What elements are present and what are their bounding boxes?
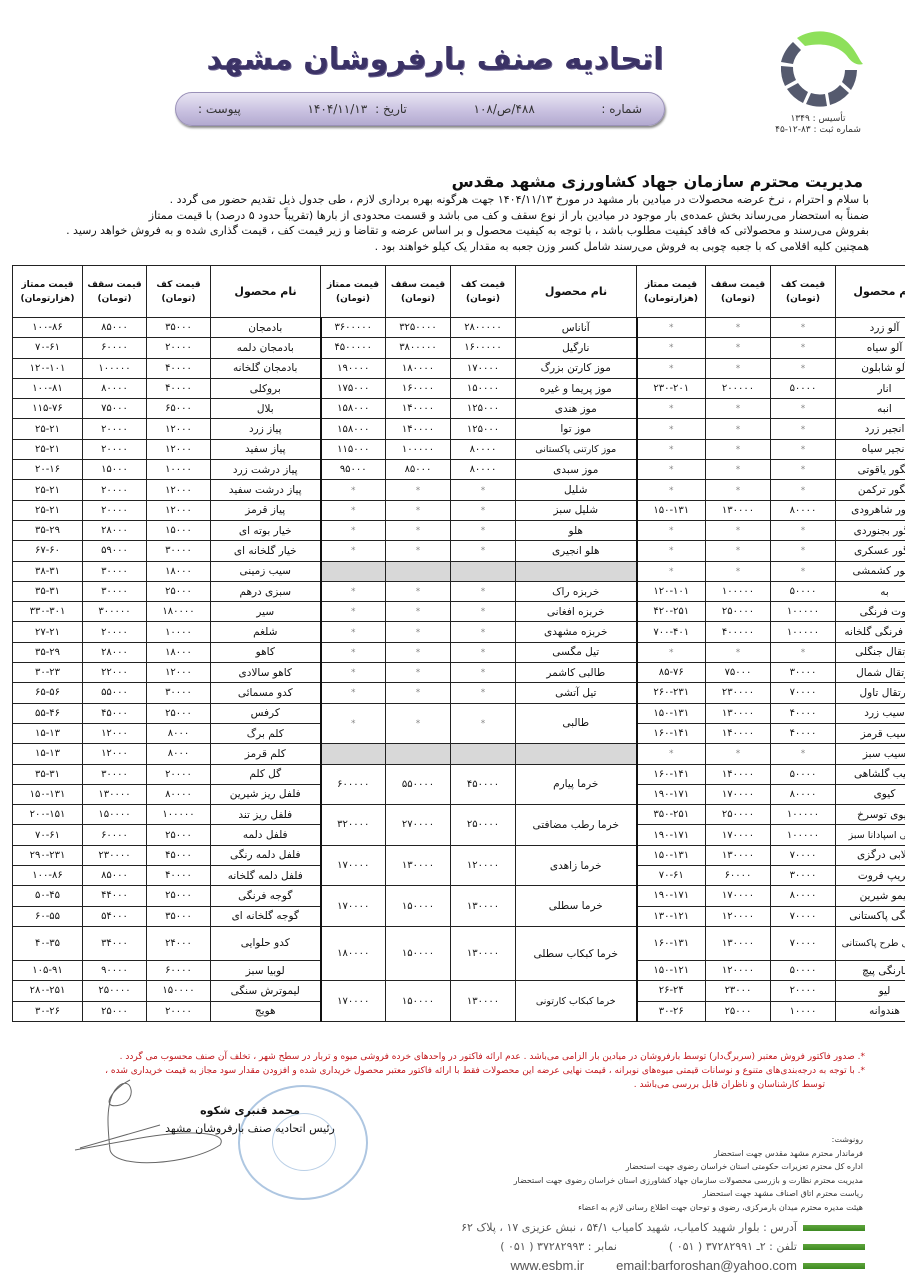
ceiling-price-cell: ۱۲۰۰۰۰ xyxy=(706,960,771,980)
product-name: انگور ترکمن xyxy=(858,484,905,496)
ceiling-price-cell: ۱۰۰۰۰۰ xyxy=(83,358,147,378)
ceiling-price-cell xyxy=(386,561,451,581)
price-value: ۱۵۰۰۰ xyxy=(165,525,192,536)
floor-price-cell: ۲۸۰۰۰۰۰ xyxy=(451,318,516,338)
price-value: ۶۵-۵۶ xyxy=(35,687,60,698)
ceiling-price-cell: ۳۰۰۰۰۰ xyxy=(83,602,147,622)
price-value: ۱۰۰-۸۱ xyxy=(32,383,62,394)
price-value: ۱۰۰۰۰۰ xyxy=(98,363,130,374)
price-value: ۳۵۰-۲۵۱ xyxy=(653,809,689,820)
product-name: خرما کبکاب سطلی xyxy=(534,948,618,960)
floor-price-cell: ۷۰۰۰۰ xyxy=(771,926,836,960)
ceiling-price-cell: ۳۴۰۰۰ xyxy=(83,926,147,960)
product-name-cell: پرتقال جنگلی xyxy=(836,642,905,662)
website-link[interactable]: www.esbm.ir xyxy=(510,1256,584,1275)
price-value: ۸۵-۷۶ xyxy=(659,667,684,678)
price-value: ۱۳۰۰۰۰ xyxy=(402,860,434,871)
price-value: ۴۵۰۰۰ xyxy=(101,708,128,719)
premium-price-cell: * xyxy=(637,399,706,419)
ceiling-price-cell: ۲۷۰۰۰۰ xyxy=(386,805,451,846)
floor-price-cell: ۸۰۰۰ xyxy=(147,744,211,764)
price-value: * xyxy=(481,628,486,638)
product-name-cell: انار xyxy=(836,378,905,398)
price-value: ۱۸۰۰۰۰ xyxy=(162,606,194,617)
product-name: خربزه راک xyxy=(552,586,599,598)
floor-price-cell: ۳۰۰۰۰ xyxy=(147,541,211,561)
price-value: ۹۰۰۰۰ xyxy=(101,965,128,976)
product-name: انگور یاقوتی xyxy=(858,464,905,476)
premium-price-cell: ۲۶-۲۴ xyxy=(637,981,706,1001)
cc-item: ریاست محترم اتاق اصناف مشهد جهت استحضار xyxy=(443,1187,863,1201)
price-value: ۶۷-۶۰ xyxy=(35,545,60,556)
col-header-name: نام محصول xyxy=(516,266,637,318)
product-name: لوبیا سبز xyxy=(246,965,285,977)
floor-price-cell: ۱۰۰۰۰ xyxy=(147,460,211,480)
price-value: ۲۰۰۰۰۰ xyxy=(722,383,754,394)
floor-price-cell: ۸۰۰۰۰ xyxy=(771,886,836,906)
price-value: ۱۵۰-۱۲۱ xyxy=(653,965,689,976)
reference-bar: شماره : ۴۸۸/ص/۱۰۸ تاریخ : ۱۴۰۴/۱۱/۱۳ پیو… xyxy=(175,92,665,126)
product-name-cell: خربزه مشهدی xyxy=(516,622,637,642)
product-name-cell: گوجه گلخانه ای xyxy=(211,906,321,926)
premium-price-cell: * xyxy=(321,581,386,601)
floor-price-cell: ۲۵۰۰۰ xyxy=(147,886,211,906)
price-value: ۳۵-۳۱ xyxy=(35,586,60,597)
ceiling-price-cell: * xyxy=(386,520,451,540)
price-value: ۶۰-۵۵ xyxy=(35,911,60,922)
ceiling-price-cell: ۱۳۰۰۰۰ xyxy=(386,845,451,886)
premium-price-cell: ۶۵-۵۶ xyxy=(13,683,83,703)
floor-price-cell: ۲۰۰۰۰ xyxy=(147,1001,211,1021)
product-name: بادمجان دلمه xyxy=(237,342,294,354)
price-value: ۱۲۰۰۰ xyxy=(165,444,192,455)
price-value: * xyxy=(351,486,356,496)
product-name-cell: هویج xyxy=(211,1001,321,1021)
col-header-ceiling: قیمت سقف (تومان) xyxy=(706,266,771,318)
product-name-cell: طالبی کاشمر xyxy=(516,663,637,683)
price-value: ۲۵۰۰۰۰ xyxy=(467,819,499,830)
price-value: ۴۰۰۰۰ xyxy=(165,363,192,374)
premium-price-cell: * xyxy=(321,703,386,744)
product-name: موز کارتنی پاکستانی xyxy=(535,444,616,455)
product-name: انگور عسکری xyxy=(854,545,905,557)
price-value: ۷۰۰۰۰ xyxy=(790,938,817,949)
price-value: * xyxy=(669,364,674,374)
price-value: * xyxy=(481,688,486,698)
ceiling-price-cell: ۱۳۰۰۰۰ xyxy=(706,500,771,520)
product-name: سیب سبز xyxy=(863,748,905,760)
price-value: ۷۰۰-۴۰۱ xyxy=(653,627,689,638)
floor-price-cell: ۷۰۰۰۰ xyxy=(771,906,836,926)
ceiling-price-cell: ۲۵۰۰۰۰ xyxy=(706,805,771,825)
premium-price-cell: ۱۰۰-۸۱ xyxy=(13,378,83,398)
product-name-cell: سیب سبز xyxy=(836,744,905,764)
product-name: نارگیل xyxy=(562,342,589,354)
price-value: ۱۲۰۰۰ xyxy=(165,485,192,496)
product-name-cell: بروکلی xyxy=(211,378,321,398)
product-name: نارنگی طرح پاکستانی xyxy=(842,938,905,949)
price-value: ۸۰۰۰ xyxy=(168,748,189,759)
ceiling-price-cell: ۱۵۰۰۰۰ xyxy=(83,805,147,825)
price-value: ۱۴۰۰۰۰ xyxy=(722,728,754,739)
ceiling-price-cell: ۲۲۰۰۰ xyxy=(83,663,147,683)
price-value: * xyxy=(481,486,486,496)
premium-price-cell: ۶۰۰۰۰۰ xyxy=(321,764,386,805)
floor-price-cell: * xyxy=(771,439,836,459)
price-value: * xyxy=(416,628,421,638)
ceiling-price-cell: ۲۰۰۰۰۰ xyxy=(706,378,771,398)
premium-price-cell: ۱۶۰-۱۴۱ xyxy=(637,723,706,743)
col-header-ceiling: قیمت سقف (تومان) xyxy=(83,266,147,318)
product-name-cell: لوبیا سبز xyxy=(211,960,321,980)
product-name-cell: پیاز سفید xyxy=(211,439,321,459)
premium-price-cell: ۴۵۰۰۰۰۰ xyxy=(321,338,386,358)
price-value: * xyxy=(736,445,741,455)
product-name: پیاز سفید xyxy=(245,443,286,455)
price-value: ۸۵۰۰۰ xyxy=(101,322,128,333)
ceiling-price-cell: ۱۳۰۰۰۰ xyxy=(706,703,771,723)
price-value: ۵۰۰۰۰ xyxy=(790,586,817,597)
price-value: ۱۰۰۰۰۰ xyxy=(787,627,819,638)
floor-price-cell: * xyxy=(771,358,836,378)
floor-price-cell: * xyxy=(451,581,516,601)
product-name: گل کلم xyxy=(249,768,281,780)
price-value: ۲۸۰۰۰۰۰ xyxy=(464,322,502,333)
premium-price-cell: ۳۵-۲۹ xyxy=(13,520,83,540)
price-value: * xyxy=(351,648,356,658)
floor-price-cell: ۴۰۰۰۰ xyxy=(147,378,211,398)
cc-item: هیئت مدیره محترم میدان بارمرکزی، رضوی و … xyxy=(443,1201,863,1215)
premium-price-cell: * xyxy=(637,520,706,540)
product-name-cell: طالبی xyxy=(516,703,637,744)
ceiling-price-cell: ۱۴۰۰۰۰ xyxy=(386,399,451,419)
price-value: ۱۹۰-۱۷۱ xyxy=(653,830,689,841)
ceiling-price-cell: ۱۵۰۰۰۰ xyxy=(386,926,451,980)
premium-price-cell: ۷۰-۶۱ xyxy=(13,825,83,845)
price-value: ۵۵-۴۶ xyxy=(35,708,60,719)
price-value: * xyxy=(416,688,421,698)
price-value: ۲۵۰۰۰ xyxy=(725,1006,752,1017)
price-value: ۱۵۰-۱۳۱ xyxy=(653,505,689,516)
price-value: ۲۷۰۰۰۰ xyxy=(402,819,434,830)
ceiling-price-cell: ۱۰۰۰۰۰ xyxy=(386,439,451,459)
table-row: لیمو شیرین۸۰۰۰۰۱۷۰۰۰۰۱۹۰-۱۷۱خرما سطلی۱۳۰… xyxy=(13,886,905,906)
premium-price-cell: ۷۰۰-۴۰۱ xyxy=(637,622,706,642)
ceiling-price-cell: * xyxy=(706,460,771,480)
premium-price-cell: ۳۶۰۰۰۰۰ xyxy=(321,318,386,338)
product-name: کلم برگ xyxy=(247,728,284,740)
product-name-cell: موز سبدی xyxy=(516,460,637,480)
price-value: * xyxy=(351,506,356,516)
product-name-cell: توت فرنگی xyxy=(836,602,905,622)
price-value: ۲۵۰۰۰۰ xyxy=(722,606,754,617)
price-value: ۲۵۰۰۰ xyxy=(165,830,192,841)
email-link[interactable]: email:barforoshan@yahoo.com xyxy=(616,1256,797,1275)
ceiling-price-cell: ۱۴۰۰۰۰ xyxy=(386,419,451,439)
price-value: * xyxy=(801,749,806,759)
product-name: بادمجان xyxy=(248,322,282,334)
product-name-cell: خربزه راک xyxy=(516,581,637,601)
product-name: بادمجان گلخانه xyxy=(233,362,297,374)
ceiling-price-cell: ۱۶۰۰۰۰ xyxy=(386,378,451,398)
product-name-cell: گلابی اسپادانا سبز xyxy=(836,825,905,845)
price-value: ۳۰۰۰۰ xyxy=(165,545,192,556)
price-value: ۱۰۰۰۰ xyxy=(790,1006,817,1017)
product-name: آلو شابلون xyxy=(861,362,905,374)
price-value: ۱۸۰۰۰ xyxy=(165,566,192,577)
product-name: لیمو شیرین xyxy=(860,890,905,902)
product-name-cell: انجیر زرد xyxy=(836,419,905,439)
product-name: توت فرنگی xyxy=(860,606,905,618)
premium-price-cell: ۱۸۰۰۰۰ xyxy=(321,926,386,980)
ceiling-price-cell: ۱۵۰۰۰ xyxy=(83,460,147,480)
col-header-premium: قیمت ممتاز (هزارتومان) xyxy=(13,266,83,318)
premium-price-cell: * xyxy=(637,439,706,459)
product-name: گلابی درگزی xyxy=(857,849,905,861)
price-value: ۱۲۰۰۰ xyxy=(101,748,128,759)
price-value: ۱۷۰۰۰۰ xyxy=(722,890,754,901)
founded-label: تأسیس : ۱۳۴۹ xyxy=(753,114,883,125)
price-value: ۱۳۰۰۰۰ xyxy=(722,505,754,516)
signer-role: رئیس اتحادیه صنف بارفروشان مشهد xyxy=(150,1120,350,1138)
floor-price-cell: ۴۵۰۰۰۰ xyxy=(451,764,516,805)
premium-price-cell: ۱۵-۱۳ xyxy=(13,723,83,743)
price-value: ۱۲۰-۱۰۱ xyxy=(653,586,689,597)
price-value: ۴۵۰۰۰۰۰ xyxy=(334,342,372,353)
product-name: فلفل ریز تند xyxy=(238,809,292,821)
premium-price-cell: ۵۵-۴۶ xyxy=(13,703,83,723)
ceiling-price-cell: ۲۳۰۰۰۰ xyxy=(706,683,771,703)
product-name-cell: شلیل xyxy=(516,480,637,500)
price-value: ۲۳۰۰۰ xyxy=(725,985,752,996)
premium-price-cell: ۱۰۰-۸۶ xyxy=(13,318,83,338)
product-name-cell: گلابی درگزی xyxy=(836,845,905,865)
price-value: ۲۹۰-۲۳۱ xyxy=(30,850,66,861)
price-value: ۴۰۰۰۰۰ xyxy=(722,627,754,638)
price-value: ۱۴۰۰۰۰ xyxy=(402,424,434,435)
product-name-cell: کلم قرمز xyxy=(211,744,321,764)
floor-price-cell: ۱۸۰۰۰ xyxy=(147,642,211,662)
table-row: آلو سیاه***نارگیل۱۶۰۰۰۰۰۳۸۰۰۰۰۰۴۵۰۰۰۰۰با… xyxy=(13,338,905,358)
product-name: آناناس xyxy=(562,322,590,334)
price-value: ۳۰۰۰۰ xyxy=(790,870,817,881)
premium-price-cell: ۱۵-۱۳ xyxy=(13,744,83,764)
price-value: ۳۲۵۰۰۰۰ xyxy=(399,322,437,333)
price-value: ۷۰۰۰۰ xyxy=(790,850,817,861)
premium-price-cell: ۷۰-۶۱ xyxy=(637,866,706,886)
premium-price-cell: ۷۰-۶۱ xyxy=(13,338,83,358)
price-value: ۱۰۰۰۰۰ xyxy=(787,606,819,617)
price-value: ۱۰۰۰۰۰ xyxy=(722,586,754,597)
product-name: انگور شاهرودی xyxy=(851,504,905,516)
price-value: ۱۹۰-۱۷۱ xyxy=(653,890,689,901)
price-value: * xyxy=(481,587,486,597)
price-value: ۲۳۰-۲۰۱ xyxy=(653,383,689,394)
price-value: * xyxy=(351,546,356,556)
product-name: موز سبدی xyxy=(553,464,598,476)
product-name: هندوانه xyxy=(869,1005,900,1017)
attachment-label: پیوست : xyxy=(198,102,241,116)
ceiling-price-cell: * xyxy=(386,581,451,601)
product-name: پرتقال جنگلی xyxy=(855,646,905,658)
product-name-cell: فلفل ریز شیرین xyxy=(211,784,321,804)
fax-text: نمابر : ۳۷۲۸۲۹۹۳ ( ۰۵۱ ) xyxy=(500,1237,617,1256)
premium-price-cell: ۹۵۰۰۰ xyxy=(321,460,386,480)
product-name: سیر xyxy=(256,606,274,618)
product-name-cell: گریپ فروت xyxy=(836,866,905,886)
price-value: ۸۰۰۰۰ xyxy=(790,789,817,800)
price-value: ۲۰۰۰۰ xyxy=(101,485,128,496)
product-name-cell: کدو حلوایی xyxy=(211,926,321,960)
price-value: ۴۵۰۰۰۰ xyxy=(467,779,499,790)
floor-price-cell: ۵۰۰۰۰ xyxy=(771,581,836,601)
price-value: * xyxy=(801,404,806,414)
price-value: ۱۶۰۰۰۰ xyxy=(402,383,434,394)
premium-price-cell: ۲۵-۲۱ xyxy=(13,500,83,520)
price-value: ۱۵۰۰۰۰ xyxy=(467,383,499,394)
price-value: * xyxy=(801,465,806,475)
price-value: * xyxy=(736,364,741,374)
premium-price-cell: ۳۸-۳۱ xyxy=(13,561,83,581)
product-name-cell: فلفل دلمه گلخانه xyxy=(211,866,321,886)
intro-line: همچنین کلیه اقلامی که با جعبه چوبی به فر… xyxy=(29,239,869,255)
price-value: * xyxy=(801,425,806,435)
product-name: کدو حلوایی xyxy=(241,937,290,949)
product-name-cell: خیار بوته ای xyxy=(211,520,321,540)
price-value: ۲۶۰-۲۳۱ xyxy=(653,687,689,698)
floor-price-cell: ۱۳۰۰۰۰ xyxy=(451,886,516,927)
price-value: ۶۰۰۰۰۰ xyxy=(337,779,369,790)
price-value: ۲۰۰۰۰ xyxy=(790,985,817,996)
floor-price-cell: ۱۰۰۰۰۰ xyxy=(771,805,836,825)
floor-price-cell: ۲۰۰۰۰ xyxy=(147,338,211,358)
premium-price-cell: ۳۳۰-۳۰۱ xyxy=(13,602,83,622)
price-value: ۳۰-۲۶ xyxy=(659,1006,684,1017)
ceiling-price-cell: ۸۵۰۰۰ xyxy=(83,866,147,886)
price-value: * xyxy=(669,546,674,556)
price-value: ۱۹۰-۱۷۱ xyxy=(653,789,689,800)
table-row: انجیر زرد***موز توا۱۲۵۰۰۰۱۴۰۰۰۰۱۵۸۰۰۰پیا… xyxy=(13,419,905,439)
product-name: کاهو xyxy=(256,646,275,658)
product-name-cell: انگور عسکری xyxy=(836,541,905,561)
ceiling-price-cell: ۲۵۰۰۰ xyxy=(706,1001,771,1021)
price-value: ۴۰-۳۵ xyxy=(35,938,60,949)
ceiling-price-cell: ۱۲۰۰۰ xyxy=(83,723,147,743)
ceiling-price-cell: ۱۲۰۰۰۰ xyxy=(706,906,771,926)
premium-price-cell: * xyxy=(637,358,706,378)
premium-price-cell: * xyxy=(637,419,706,439)
price-value: * xyxy=(736,749,741,759)
product-name: شلیل سبز xyxy=(554,504,599,516)
floor-price-cell: ۴۵۰۰۰ xyxy=(147,845,211,865)
price-value: ۱۲۰۰۰۰ xyxy=(467,860,499,871)
price-value: ۳۵-۲۹ xyxy=(35,647,60,658)
table-row: گلابی درگزی۷۰۰۰۰۱۳۰۰۰۰۱۵۰-۱۳۱خرما زاهدی۱… xyxy=(13,845,905,865)
floor-price-cell: * xyxy=(771,338,836,358)
premium-price-cell: ۲۵-۲۱ xyxy=(13,480,83,500)
col-header-floor: قیمت کف (تومان) xyxy=(451,266,516,318)
price-value: * xyxy=(669,404,674,414)
premium-price-cell: ۲۰۰-۱۵۱ xyxy=(13,805,83,825)
price-value: ۲۰۰۰۰ xyxy=(101,424,128,435)
number-label: شماره : xyxy=(601,102,642,116)
price-value: ۲۵۰۰۰۰ xyxy=(722,809,754,820)
product-name-cell: آلو سیاه xyxy=(836,338,905,358)
ceiling-price-cell: ۱۷۰۰۰۰ xyxy=(706,886,771,906)
floor-price-cell: ۲۵۰۰۰ xyxy=(147,581,211,601)
product-name: کرفس xyxy=(251,707,280,719)
product-name: انجیر سیاه xyxy=(862,443,905,455)
product-name-cell: موز کارتنی پاکستانی xyxy=(516,439,637,459)
table-row: سیب سبز***کلم قرمز۸۰۰۰۱۲۰۰۰۱۵-۱۳ xyxy=(13,744,905,764)
ceiling-price-cell: * xyxy=(706,541,771,561)
ceiling-price-cell: ۲۵۰۰۰ xyxy=(83,1001,147,1021)
premium-price-cell: * xyxy=(321,480,386,500)
ceiling-price-cell xyxy=(386,744,451,764)
price-value: ۱۳۰۰۰۰ xyxy=(722,708,754,719)
product-name: سیب زرد xyxy=(864,707,904,719)
product-name: فلفل دلمه گلخانه xyxy=(228,870,303,882)
floor-price-cell: ۷۰۰۰۰ xyxy=(771,683,836,703)
price-value: * xyxy=(351,607,356,617)
premium-price-cell: ۱۵۸۰۰۰ xyxy=(321,419,386,439)
product-name: طالبی کاشمر xyxy=(546,667,605,679)
price-value: ۱۵۰-۱۳۱ xyxy=(653,850,689,861)
floor-price-cell: ۳۵۰۰۰ xyxy=(147,906,211,926)
floor-price-cell: ۱۸۰۰۰۰ xyxy=(147,602,211,622)
intro-text: با سلام و احترام ، نرخ عرضه محصولات در م… xyxy=(29,192,869,254)
price-value: * xyxy=(736,323,741,333)
product-name: گلابی اسپادانا سبز xyxy=(849,830,905,841)
product-name: کیوی توسرخ xyxy=(857,809,905,821)
floor-price-cell: * xyxy=(771,318,836,338)
price-value: ۲۸۰۰۰ xyxy=(101,525,128,536)
premium-price-cell: ۳۵۰-۲۵۱ xyxy=(637,805,706,825)
price-value: ۵۵۰۰۰۰ xyxy=(402,779,434,790)
premium-price-cell xyxy=(321,744,386,764)
price-value: * xyxy=(669,526,674,536)
price-value: ۶۰۰۰۰ xyxy=(725,870,752,881)
price-value: ۸۰۰۰۰ xyxy=(470,444,497,455)
price-value: * xyxy=(416,648,421,658)
price-value: ۱۲۵۰۰۰ xyxy=(467,403,499,414)
price-value: ۱۵۰۰۰۰ xyxy=(402,996,434,1007)
price-value: * xyxy=(736,343,741,353)
product-name: انبه xyxy=(877,403,892,415)
price-value: ۱۰۰-۸۶ xyxy=(32,322,62,333)
price-value: ۱۱۵-۷۶ xyxy=(32,403,62,414)
floor-price-cell: * xyxy=(451,541,516,561)
product-name-cell: موز هندی xyxy=(516,399,637,419)
floor-price-cell: ۱۲۰۰۰ xyxy=(147,419,211,439)
premium-price-cell: ۱۰۰-۸۶ xyxy=(13,866,83,886)
price-value: ۷۰۰۰۰ xyxy=(790,911,817,922)
floor-price-cell: ۲۵۰۰۰۰ xyxy=(451,805,516,846)
intro-line: بفروش می‌رسند و محصولاتی که فاقد کیفیت م… xyxy=(29,223,869,239)
ceiling-price-cell: * xyxy=(706,318,771,338)
product-name: خرما پیارم xyxy=(553,778,598,790)
ceiling-price-cell: * xyxy=(706,561,771,581)
price-value: * xyxy=(669,648,674,658)
price-value: * xyxy=(481,719,486,729)
price-value: ۸۰۰۰۰ xyxy=(790,890,817,901)
price-value: ۳۵-۳۱ xyxy=(35,769,60,780)
floor-price-cell: ۲۵۰۰۰ xyxy=(147,825,211,845)
price-value: * xyxy=(481,648,486,658)
ceiling-price-cell: ۶۰۰۰۰ xyxy=(83,338,147,358)
table-row: لیو۲۰۰۰۰۲۳۰۰۰۲۶-۲۴خرما کبکاب کارتونی۱۳۰۰… xyxy=(13,981,905,1001)
price-value: * xyxy=(736,526,741,536)
